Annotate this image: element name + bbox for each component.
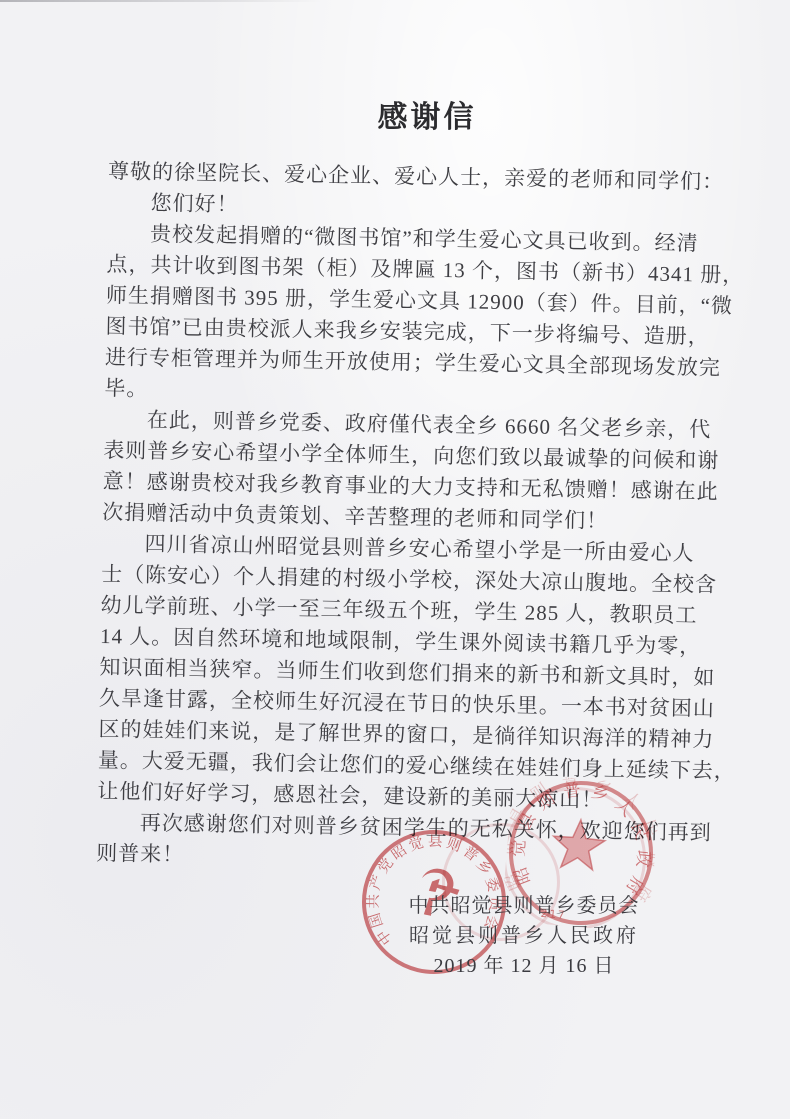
signature-committee: 中共昭觉县则普乡委员会 bbox=[404, 891, 644, 921]
signature-date: 2019 年 12 月 16 日 bbox=[404, 951, 644, 981]
letter-title: 感谢信 bbox=[362, 92, 492, 136]
letter-body: 尊敬的徐坚院长、爱心企业、爱心人士，亲爱的老师和同学们：您们好！贵校发起捐赠的“… bbox=[96, 156, 728, 880]
star-icon bbox=[551, 818, 606, 871]
scanned-letter-page: { "document": { "title": "感谢信", "lines":… bbox=[0, 0, 790, 1119]
signature-government: 昭觉县则普乡人民政府 bbox=[404, 921, 644, 951]
scan-edge-artifact bbox=[0, 0, 537, 2]
letter-page: 感谢信 尊敬的徐坚院长、爱心企业、爱心人士，亲爱的老师和同学们：您们好！贵校发起… bbox=[0, 0, 790, 1119]
signature-block: 中共昭觉县则普乡委员会 昭觉县则普乡人民政府 2019 年 12 月 16 日 bbox=[404, 891, 644, 981]
